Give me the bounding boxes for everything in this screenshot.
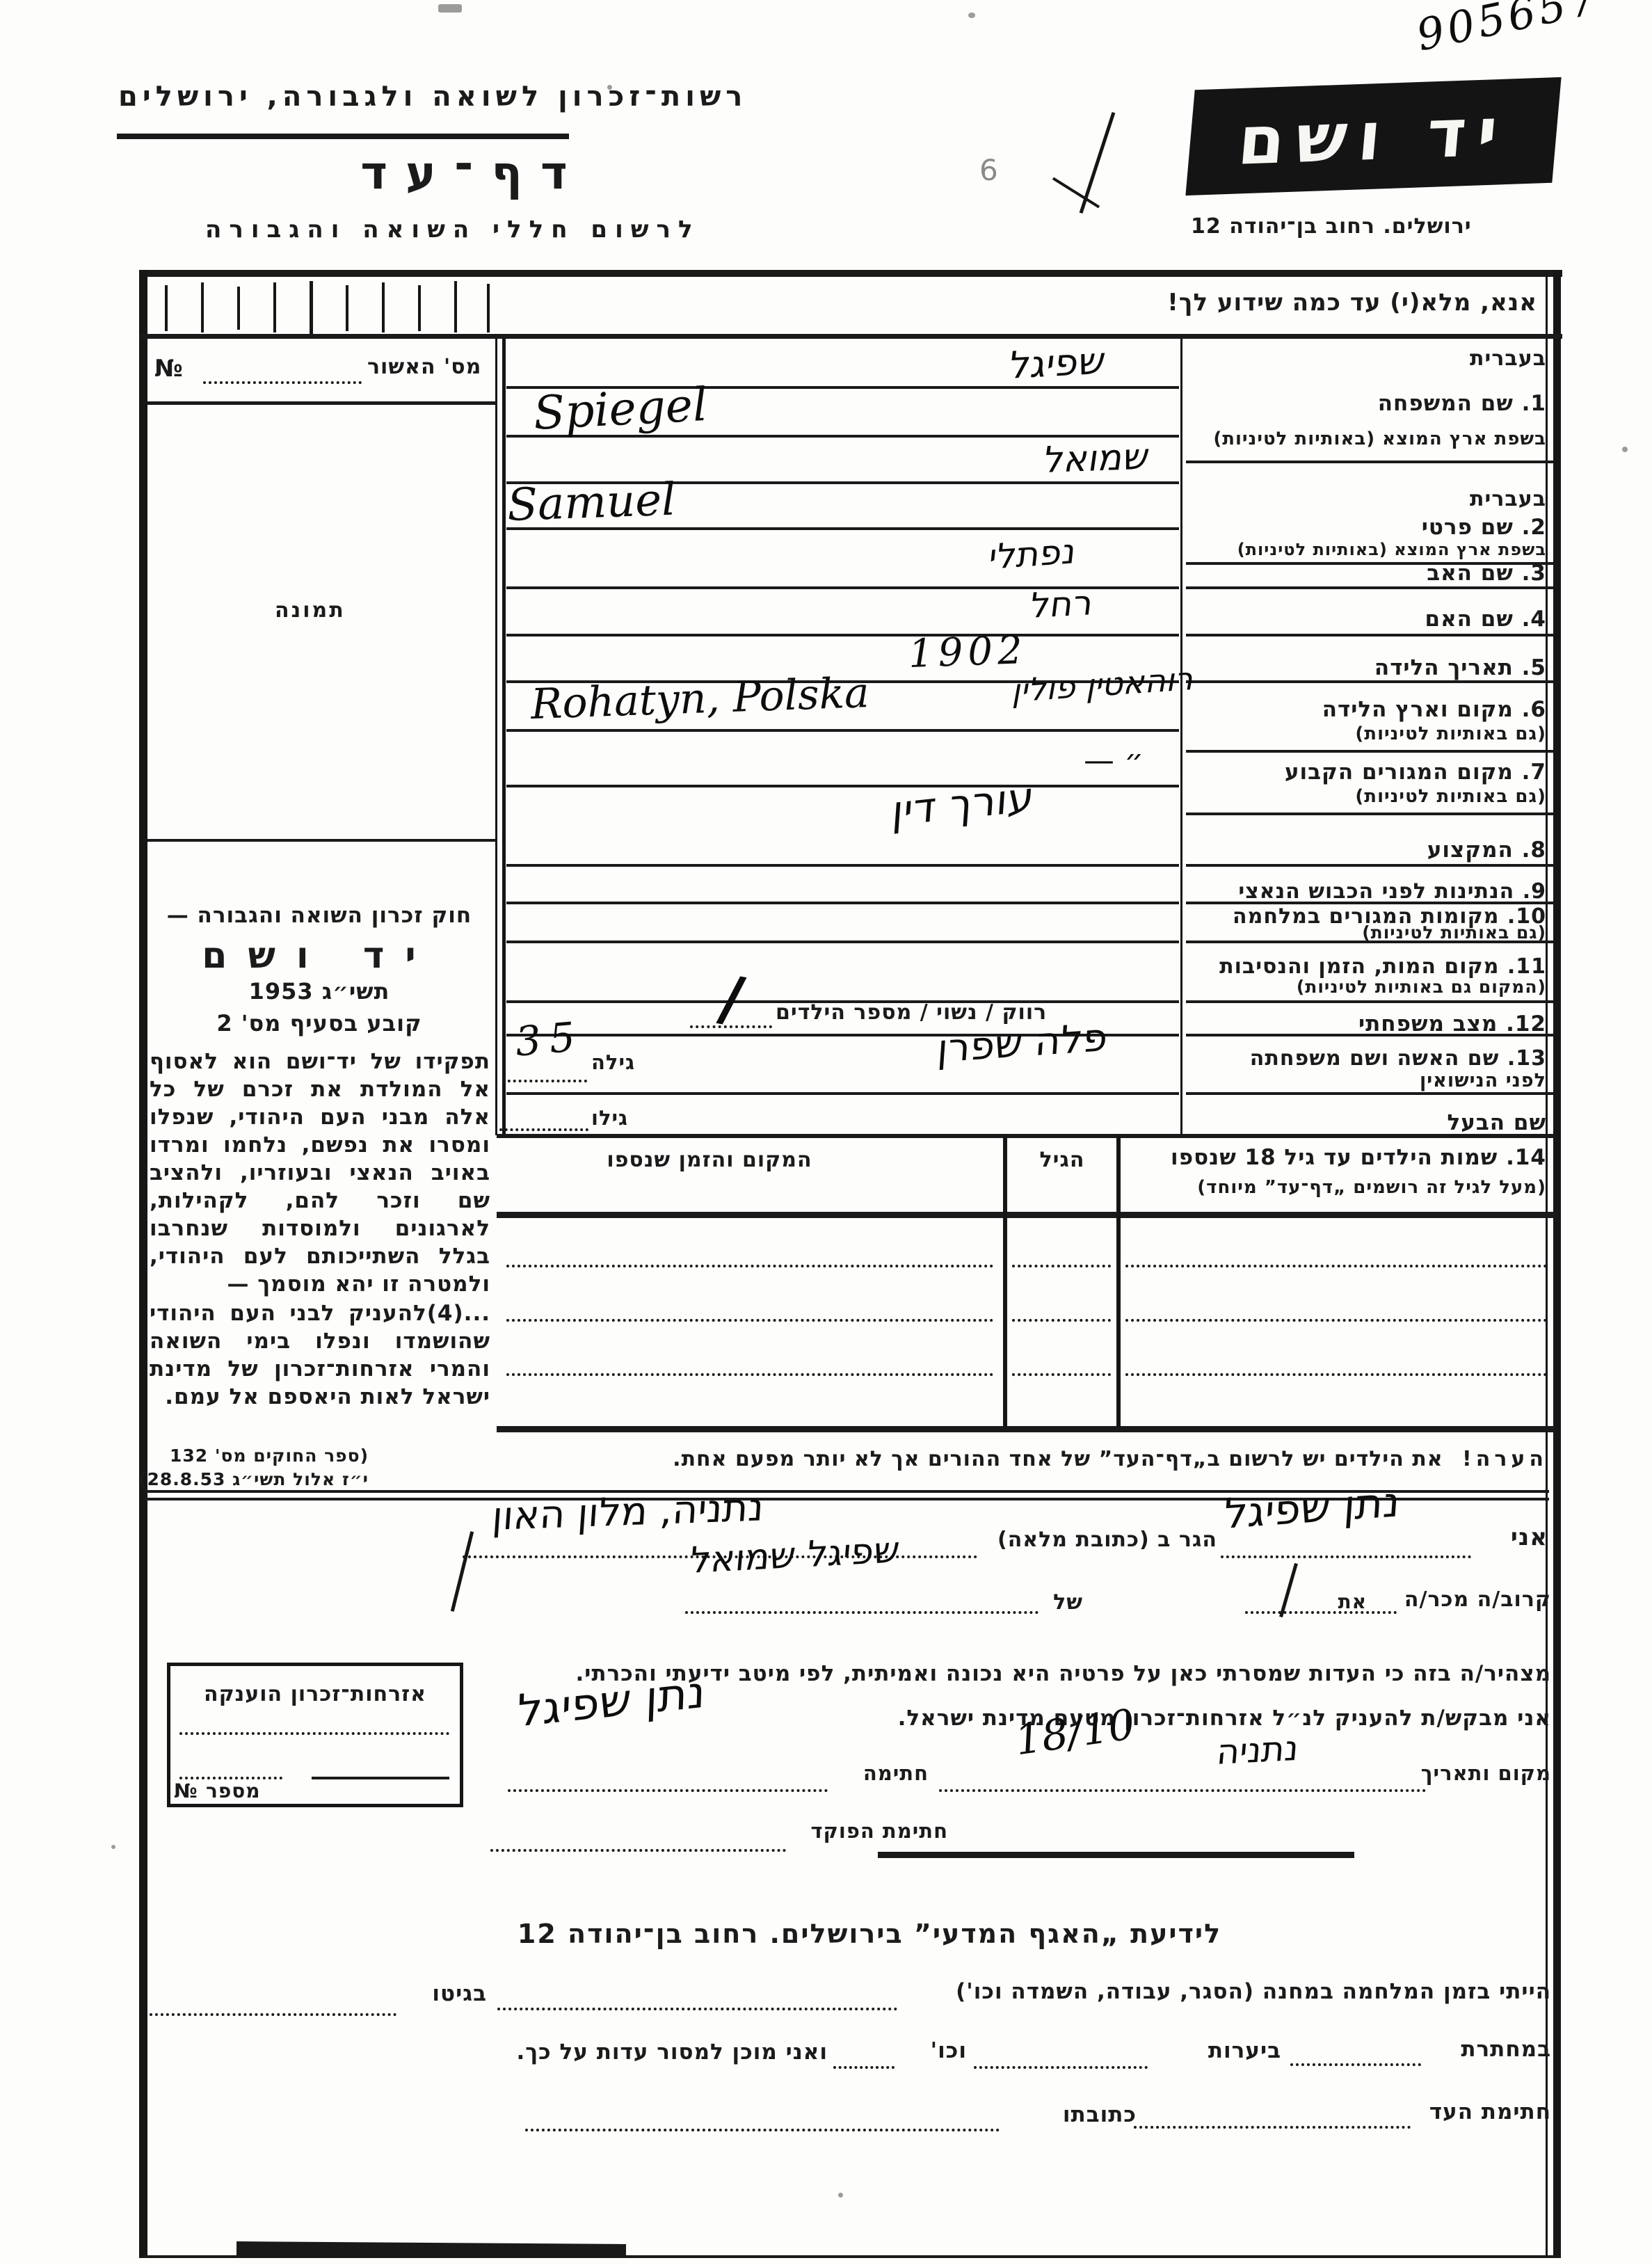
ghetto-blank [150, 2013, 396, 2016]
label-rule [1186, 586, 1553, 589]
registration-tick [165, 285, 168, 331]
approval-no-symbol: № [154, 355, 184, 383]
law-year: תשי״ג 1953 [150, 978, 489, 1005]
label-wife-name-sub: לפני הנישואין [1420, 1070, 1546, 1091]
column-separator [495, 339, 497, 1135]
table-col-place: המקום והזמן שנספו [515, 1148, 904, 1172]
signature-blank [508, 1789, 828, 1792]
label-hebrew-2: בעברית [1470, 487, 1546, 511]
camp-label: הייתי בזמן המלחמה במחנה (הסגר, עבודה, הש… [956, 1979, 1551, 2004]
table-row-line [1012, 1373, 1111, 1376]
label-marital-status: 12. מצב משפחתי [1358, 1011, 1546, 1037]
victim-name-handwriting: שפיגל שמואל [689, 1529, 901, 1582]
label-rule [1186, 1092, 1553, 1095]
label-war-residences-sub: (גם באותיות לטיניות) [1362, 922, 1546, 943]
note-text: את הילדים יש לרשום ב„דף־העד” של אחד ההור… [673, 1447, 1443, 1471]
note-line: הערה! את הילדים יש לרשום ב„דף־העד” של אח… [673, 1447, 1548, 1471]
table-row-line [1125, 1373, 1547, 1376]
etc-label: וכו' [931, 2038, 967, 2063]
registration-tick [454, 281, 457, 333]
entry-family-name-latin: Spiegel [532, 378, 709, 440]
resides-label: הגר ב (כתובת מלאה) [997, 1528, 1217, 1552]
approval-number-label: מס' האשור [367, 355, 481, 379]
approval-rule [147, 401, 497, 405]
label-residence: 7. מקום המגורים הקבוע [1285, 760, 1546, 785]
clerk-section-rule [878, 1852, 1354, 1858]
label-rule [1186, 461, 1553, 463]
place-date-blank [939, 1789, 1426, 1792]
label-wife-name: 13. שם האשה ושם משפחתה [1250, 1046, 1546, 1071]
table-row-line [1125, 1265, 1547, 1267]
entry-birth-place-hebrew: רוהאטין פולין [1010, 659, 1198, 710]
law-ref-1: (ספר החוקים מס' 132 [139, 1446, 369, 1466]
photo-placeholder-label: תמונה [275, 598, 346, 623]
answer-line [506, 902, 1179, 904]
label-birth-date: 5. תאריך הלידה [1374, 655, 1546, 680]
entry-mother-name: רחל [1028, 582, 1096, 626]
label-family-name: 1. שם המשפחה [1378, 391, 1546, 416]
entry-birth-place-latin: Rohatyn, Polska [530, 669, 870, 729]
answer-line [506, 1092, 1179, 1095]
citizenship-request: אני מבקש/ת להעניק לנ״ל אזרחות־זכרון מטעם… [898, 1706, 1551, 1731]
clerk-signature-blank [490, 1849, 786, 1852]
label-column-separator [1180, 339, 1182, 1135]
label-birth-place: 6. מקום וארץ הלידה [1322, 697, 1546, 722]
signature-label: חתימה [863, 1761, 929, 1785]
law-body-2: ...(4)להעניק לבני העם היהודי שהושמדו ונפ… [150, 1299, 490, 1411]
law-clause: קובע בסעיף מס' 2 [150, 1010, 489, 1037]
note-label: הערה! [1462, 1447, 1548, 1471]
handwritten-file-number: 905657 [1412, 0, 1604, 61]
witness-address-label: כתובתו [1063, 2102, 1137, 2127]
husband-age-label: גילו [591, 1106, 628, 1130]
table-border-bottom [497, 1426, 1555, 1432]
label-profession: 8. המקצוע [1427, 838, 1546, 863]
entry-first-name-latin: Samuel [506, 474, 677, 531]
declaration-i-label: אני [1511, 1523, 1548, 1551]
bottom-section-title: לידיעת „האגף המדעי” בירושלים. רחוב בן־יה… [278, 1919, 1461, 1949]
camp-blank [497, 2008, 897, 2010]
photo-box-rule [147, 839, 497, 842]
intro-instruction: אנא, מלא(י) עד כמה שידוע לך! [1167, 289, 1537, 317]
citizenship-number-label: מספר [206, 1779, 261, 1802]
scan-speckle [607, 85, 612, 90]
witness-address-blank [525, 2129, 1000, 2131]
table-row-line [1012, 1319, 1111, 1322]
testimony-page-scan: רשות־זכרון לשואה ולגבורה, ירושלים דף־עד … [0, 0, 1652, 2265]
law-ref-2: י״ז אלול תשי״ג 28.8.53) [139, 1469, 369, 1489]
scan-speckle [1622, 447, 1628, 452]
table-header-rule [497, 1212, 1555, 1218]
scan-speckle [838, 2193, 843, 2198]
table-col-age: הגיל [1010, 1148, 1114, 1172]
table-divider [1116, 1135, 1121, 1430]
law-logo: יד ושם [150, 935, 489, 977]
label-death-place: 11. מקום המות, הזמן והנסיבות [1219, 954, 1546, 979]
label-first-name: 2. שם פרטי [1422, 515, 1546, 540]
registration-tick [201, 282, 204, 333]
citizenship-granted-title: אזרחות־זכרון הוענקה [174, 1682, 456, 1706]
label-birth-place-sub: (גם באותיות לטיניות) [1355, 723, 1546, 744]
entry-first-name-hebrew: שמואל [1041, 436, 1153, 481]
underground-label: במחתרת [1461, 2037, 1551, 2062]
table-children-label: 14. שמות הילדים עד גיל 18 שנספו [1171, 1145, 1546, 1170]
label-rule [1186, 634, 1553, 637]
page-subtitle: לרשום חללי השואה והגבורה [205, 216, 700, 243]
answer-line [506, 729, 1179, 732]
label-rule [1186, 1000, 1553, 1003]
header-rule [117, 134, 569, 139]
registration-tick [487, 284, 490, 333]
scan-speckle [438, 4, 462, 13]
org-name: רשות־זכרון לשואה ולגבורה, ירושלים [118, 81, 747, 113]
table-border-top [497, 1134, 1555, 1138]
citizenship-box-blank [179, 1732, 449, 1735]
entry-residence-ditto: ״ — [1084, 743, 1144, 778]
registration-tick [273, 282, 276, 333]
citizenship-no-symbol: № [174, 1779, 198, 1802]
answer-line [506, 785, 1179, 787]
victim-name-blank [685, 1611, 1038, 1614]
of-label: של [1053, 1590, 1083, 1615]
label-hebrew-1: בעברית [1470, 346, 1546, 371]
declaration-statement: מצהיר/ה בזה כי העדות שמסרתי כאן על פרטיה… [575, 1661, 1551, 1686]
scan-speckle [111, 1845, 115, 1849]
husband-age-blank [499, 1128, 588, 1131]
page-title: דף־עד [348, 146, 598, 200]
label-father-name: 3. שם האב [1427, 561, 1546, 586]
law-heading: חוק זכרון השואה והגבורה — [150, 903, 489, 928]
witness-signature-label: חתימת העד [1429, 2099, 1551, 2124]
label-citizenship: 9. הנתינות לפני הכבוש הנאצי [1238, 879, 1546, 904]
marital-slash-mark: / [714, 961, 749, 1036]
label-first-name-sub: בשפת ארץ המוצא (באותיות לטיניות) [1237, 540, 1546, 559]
label-rule [1186, 864, 1553, 867]
wife-age-blank [502, 1080, 587, 1082]
office-address: ירושלים. רחוב בן־יהודה 12 [1191, 214, 1472, 239]
registration-tick [310, 281, 313, 334]
yad-vashem-stamp: יד ושם [1185, 77, 1561, 195]
yad-vashem-stamp-text: יד ושם [1235, 93, 1512, 179]
citizenship-box-line [312, 1777, 449, 1779]
registration-tick [346, 285, 348, 331]
faint-stamp-digit: 6 [979, 153, 999, 187]
etc-blank [833, 2066, 895, 2069]
registration-tick [382, 282, 385, 333]
clerk-signature-label: חתימת הפוקד [810, 1819, 948, 1843]
scan-smudge [236, 2241, 626, 2258]
wife-age-label: גילה [591, 1050, 635, 1074]
label-death-place-sub: (המקום גם באותיות לטיניות) [1297, 977, 1546, 997]
stray-pen-mark [451, 1531, 474, 1612]
testify-statement: ואני מוכן למסור עדות על כך. [516, 2040, 828, 2065]
label-mother-name: 4. שם האם [1425, 607, 1546, 632]
address-handwriting: נתניה, מלון האון [490, 1484, 765, 1539]
scan-speckle [968, 13, 975, 18]
box-border-top [139, 270, 1562, 277]
marital-options: רווק / נשוי / מספר הילדים [776, 1000, 1047, 1025]
table-children-label-sub: (מעל לגיל זה רושמים „דף־עד” מיוחד) [1197, 1177, 1546, 1198]
intro-rule [139, 334, 1562, 339]
place-date-label: מקום ותאריך [1421, 1761, 1551, 1785]
label-rule [1186, 750, 1553, 753]
underground-blank [1290, 2063, 1421, 2066]
label-husband-name: שם הבעל [1447, 1110, 1547, 1135]
column-separator [502, 339, 506, 1135]
answer-line [506, 864, 1179, 867]
answer-line [506, 941, 1179, 943]
label-rule [1186, 813, 1553, 815]
entry-wife-age: 35 [513, 1012, 585, 1065]
relative-blank [1245, 1611, 1397, 1614]
entry-father-name: נפתלי [987, 531, 1078, 577]
ghetto-label: בגיטו [432, 1981, 487, 2006]
registration-tick [237, 287, 240, 330]
answer-line [506, 634, 1179, 637]
table-divider [1003, 1135, 1007, 1430]
entry-birth-year: 1902 [908, 627, 1028, 677]
law-body: תפקידו של יד־ושם הוא לאסוף אל המולדת את … [150, 1048, 490, 1298]
witness-signature-blank [1134, 2126, 1411, 2129]
table-row-line [1125, 1319, 1547, 1322]
registration-tick [418, 285, 421, 331]
approval-number-blank [203, 381, 362, 384]
table-row-line [1012, 1265, 1111, 1267]
pen-slash-mark [1279, 1563, 1298, 1617]
box-border-left [139, 270, 147, 2258]
entry-profession: עורך דין [890, 773, 1036, 836]
et-label: את [1338, 1590, 1367, 1613]
table-row-line [506, 1265, 993, 1267]
relative-label: קרוב/ה מכר/ה [1404, 1587, 1551, 1612]
declarant-name-blank [1221, 1555, 1471, 1558]
signature-handwriting: נתן שפיגל [516, 1667, 706, 1738]
place-handwriting: נתניה [1215, 1728, 1301, 1772]
label-residence-sub: (גם באותיות לטיניות) [1355, 786, 1546, 807]
table-row-line [506, 1319, 993, 1322]
declarant-name-handwriting: נתן שפיגל [1222, 1478, 1402, 1538]
forests-label: ביערות [1208, 2038, 1281, 2063]
table-row-line [506, 1373, 993, 1376]
label-family-name-sub: בשפת ארץ המוצא (באותיות לטיניות) [1213, 429, 1546, 449]
label-rule [1186, 680, 1553, 683]
entry-family-name-hebrew: שפיגל [1007, 339, 1108, 387]
forests-blank [974, 2066, 1148, 2069]
box-border-right [1553, 270, 1561, 2258]
